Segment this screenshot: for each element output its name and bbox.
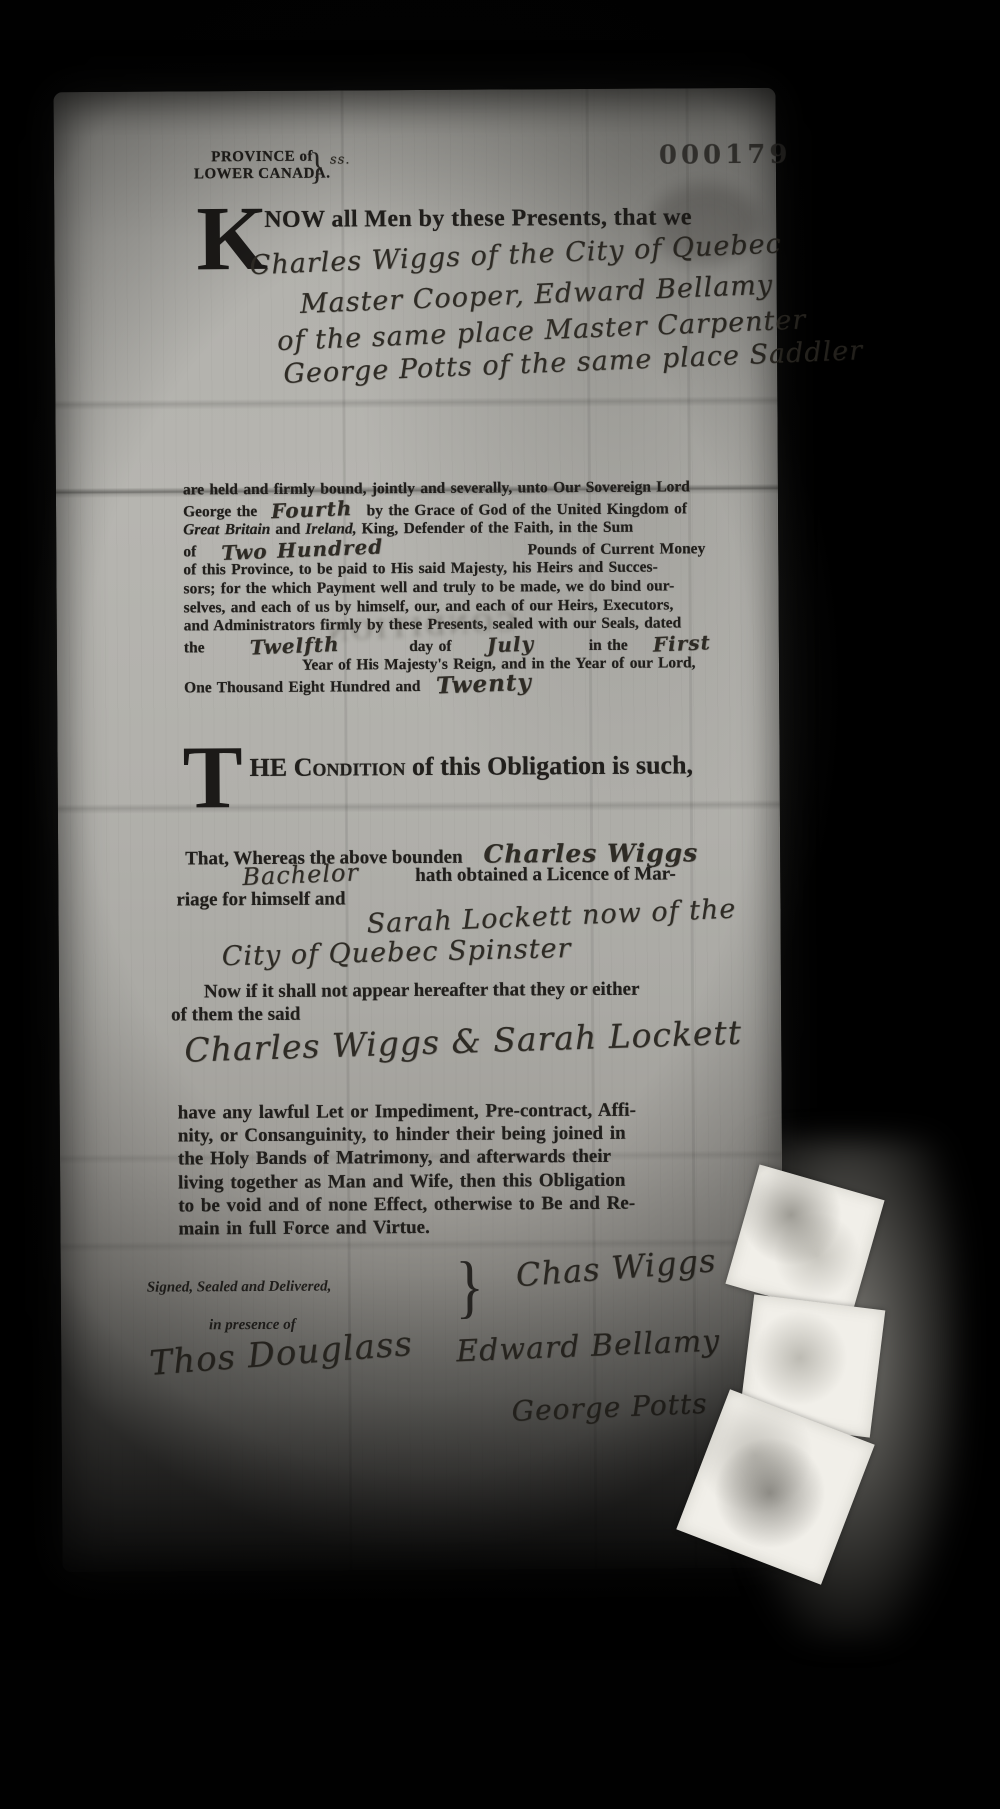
dropcap-t: T: [182, 743, 242, 814]
ss-abbreviation: ss.: [330, 152, 351, 167]
condition-heading: HE Condition of this Obligation is such,: [250, 750, 694, 783]
signature: Edward Bellamy: [456, 1324, 721, 1370]
fold-crease: [58, 800, 780, 814]
obligation-line: main in full Force and Virtue.: [178, 1214, 710, 1240]
obligation-paragraph: have any lawful Let or Impediment, Pre-c…: [178, 1098, 711, 1240]
obligation-line: the Holy Bands of Matrimony, and afterwa…: [178, 1145, 710, 1171]
handwritten-insert: Bachelor: [242, 858, 360, 891]
marriage-bond-document: PROVINCE of LOWER CANADA. } ss. 000179 K…: [53, 88, 784, 1572]
condition-line: hath obtained a Licence of Mar-: [415, 863, 676, 887]
condition-line: riage for himself and: [176, 888, 345, 911]
bond-clause-line: One Thousand Eight Hundred and Twenty: [184, 673, 706, 698]
obligation-line: nity, or Consanguinity, to hinder their …: [178, 1121, 710, 1147]
handwritten-insert: City of Quebec Spinster: [221, 933, 571, 972]
bond-clause-line: are held and firmly bound, jointly and s…: [183, 478, 705, 500]
photograph-background: PROVINCE of LOWER CANADA. } ss. 000179 K…: [0, 0, 1000, 1809]
handwritten-insert: Twenty: [436, 674, 532, 697]
handwritten-insert: Fourth: [271, 499, 353, 521]
bond-clause-line: of Two Hundred Pounds of Current Money: [183, 537, 705, 562]
witness-signature: Thos Douglass: [148, 1324, 414, 1384]
obligation-line: have any lawful Let or Impediment, Pre-c…: [178, 1098, 710, 1124]
handwritten-insert: Two Hundred: [221, 537, 384, 562]
obligation-line: living together as Man and Wife, then th…: [178, 1168, 710, 1194]
jurisdiction-brace: }: [309, 145, 325, 189]
condition-line: Now if it shall not appear hereafter tha…: [204, 979, 640, 1004]
condition-line: of them the said: [171, 1004, 300, 1027]
know-all-men-heading: NOW all Men by these Presents, that we: [264, 204, 692, 234]
obligation-line: to be void and of none Effect, otherwise…: [178, 1191, 710, 1217]
handwritten-insert: First: [652, 633, 711, 654]
attestation-line1: Signed, Sealed and Delivered,: [147, 1279, 332, 1297]
signature: George Potts: [511, 1387, 708, 1428]
stamp-number: 000179: [659, 140, 792, 171]
bond-clause-line: Great Britain and Ireland, King, Defende…: [183, 518, 705, 540]
bond-clause-paragraph: are held and firmly bound, jointly and s…: [183, 478, 706, 698]
bond-clause-line: George the Fourth by the Grace of God of…: [183, 497, 705, 522]
fold-crease: [55, 396, 777, 410]
attestation-brace: }: [455, 1248, 484, 1328]
attestation-line2: in presence of: [209, 1317, 296, 1335]
